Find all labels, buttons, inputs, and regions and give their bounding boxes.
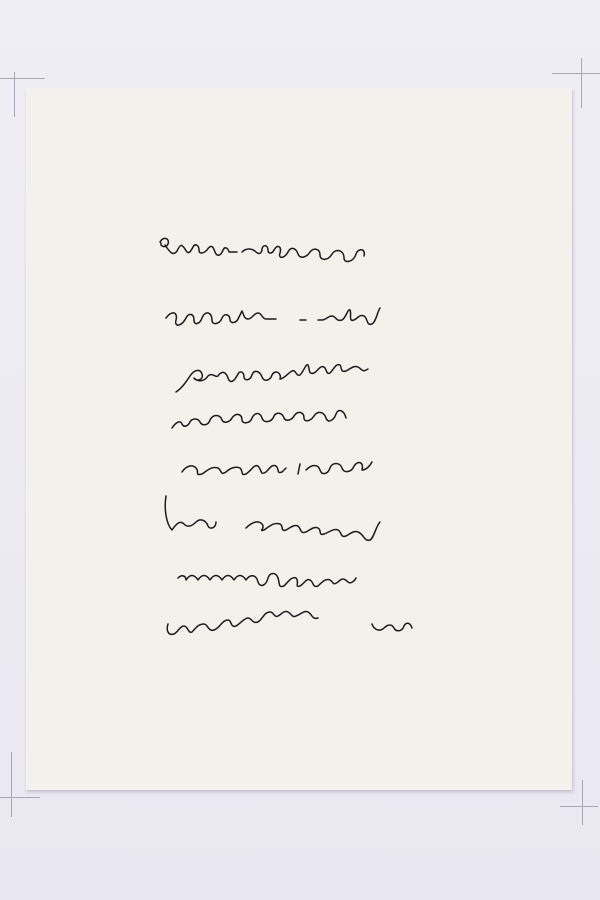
- writing-line-1: [160, 238, 364, 261]
- writing-line-4: [172, 411, 346, 428]
- writing-line-6: [165, 496, 380, 540]
- writing-line-3: [176, 365, 368, 392]
- writing-line-8: [167, 611, 412, 634]
- writing-line-7: [178, 574, 356, 587]
- writing-line-5: [182, 462, 372, 475]
- asemic-writing: [0, 0, 600, 900]
- writing-line-2: [166, 308, 380, 325]
